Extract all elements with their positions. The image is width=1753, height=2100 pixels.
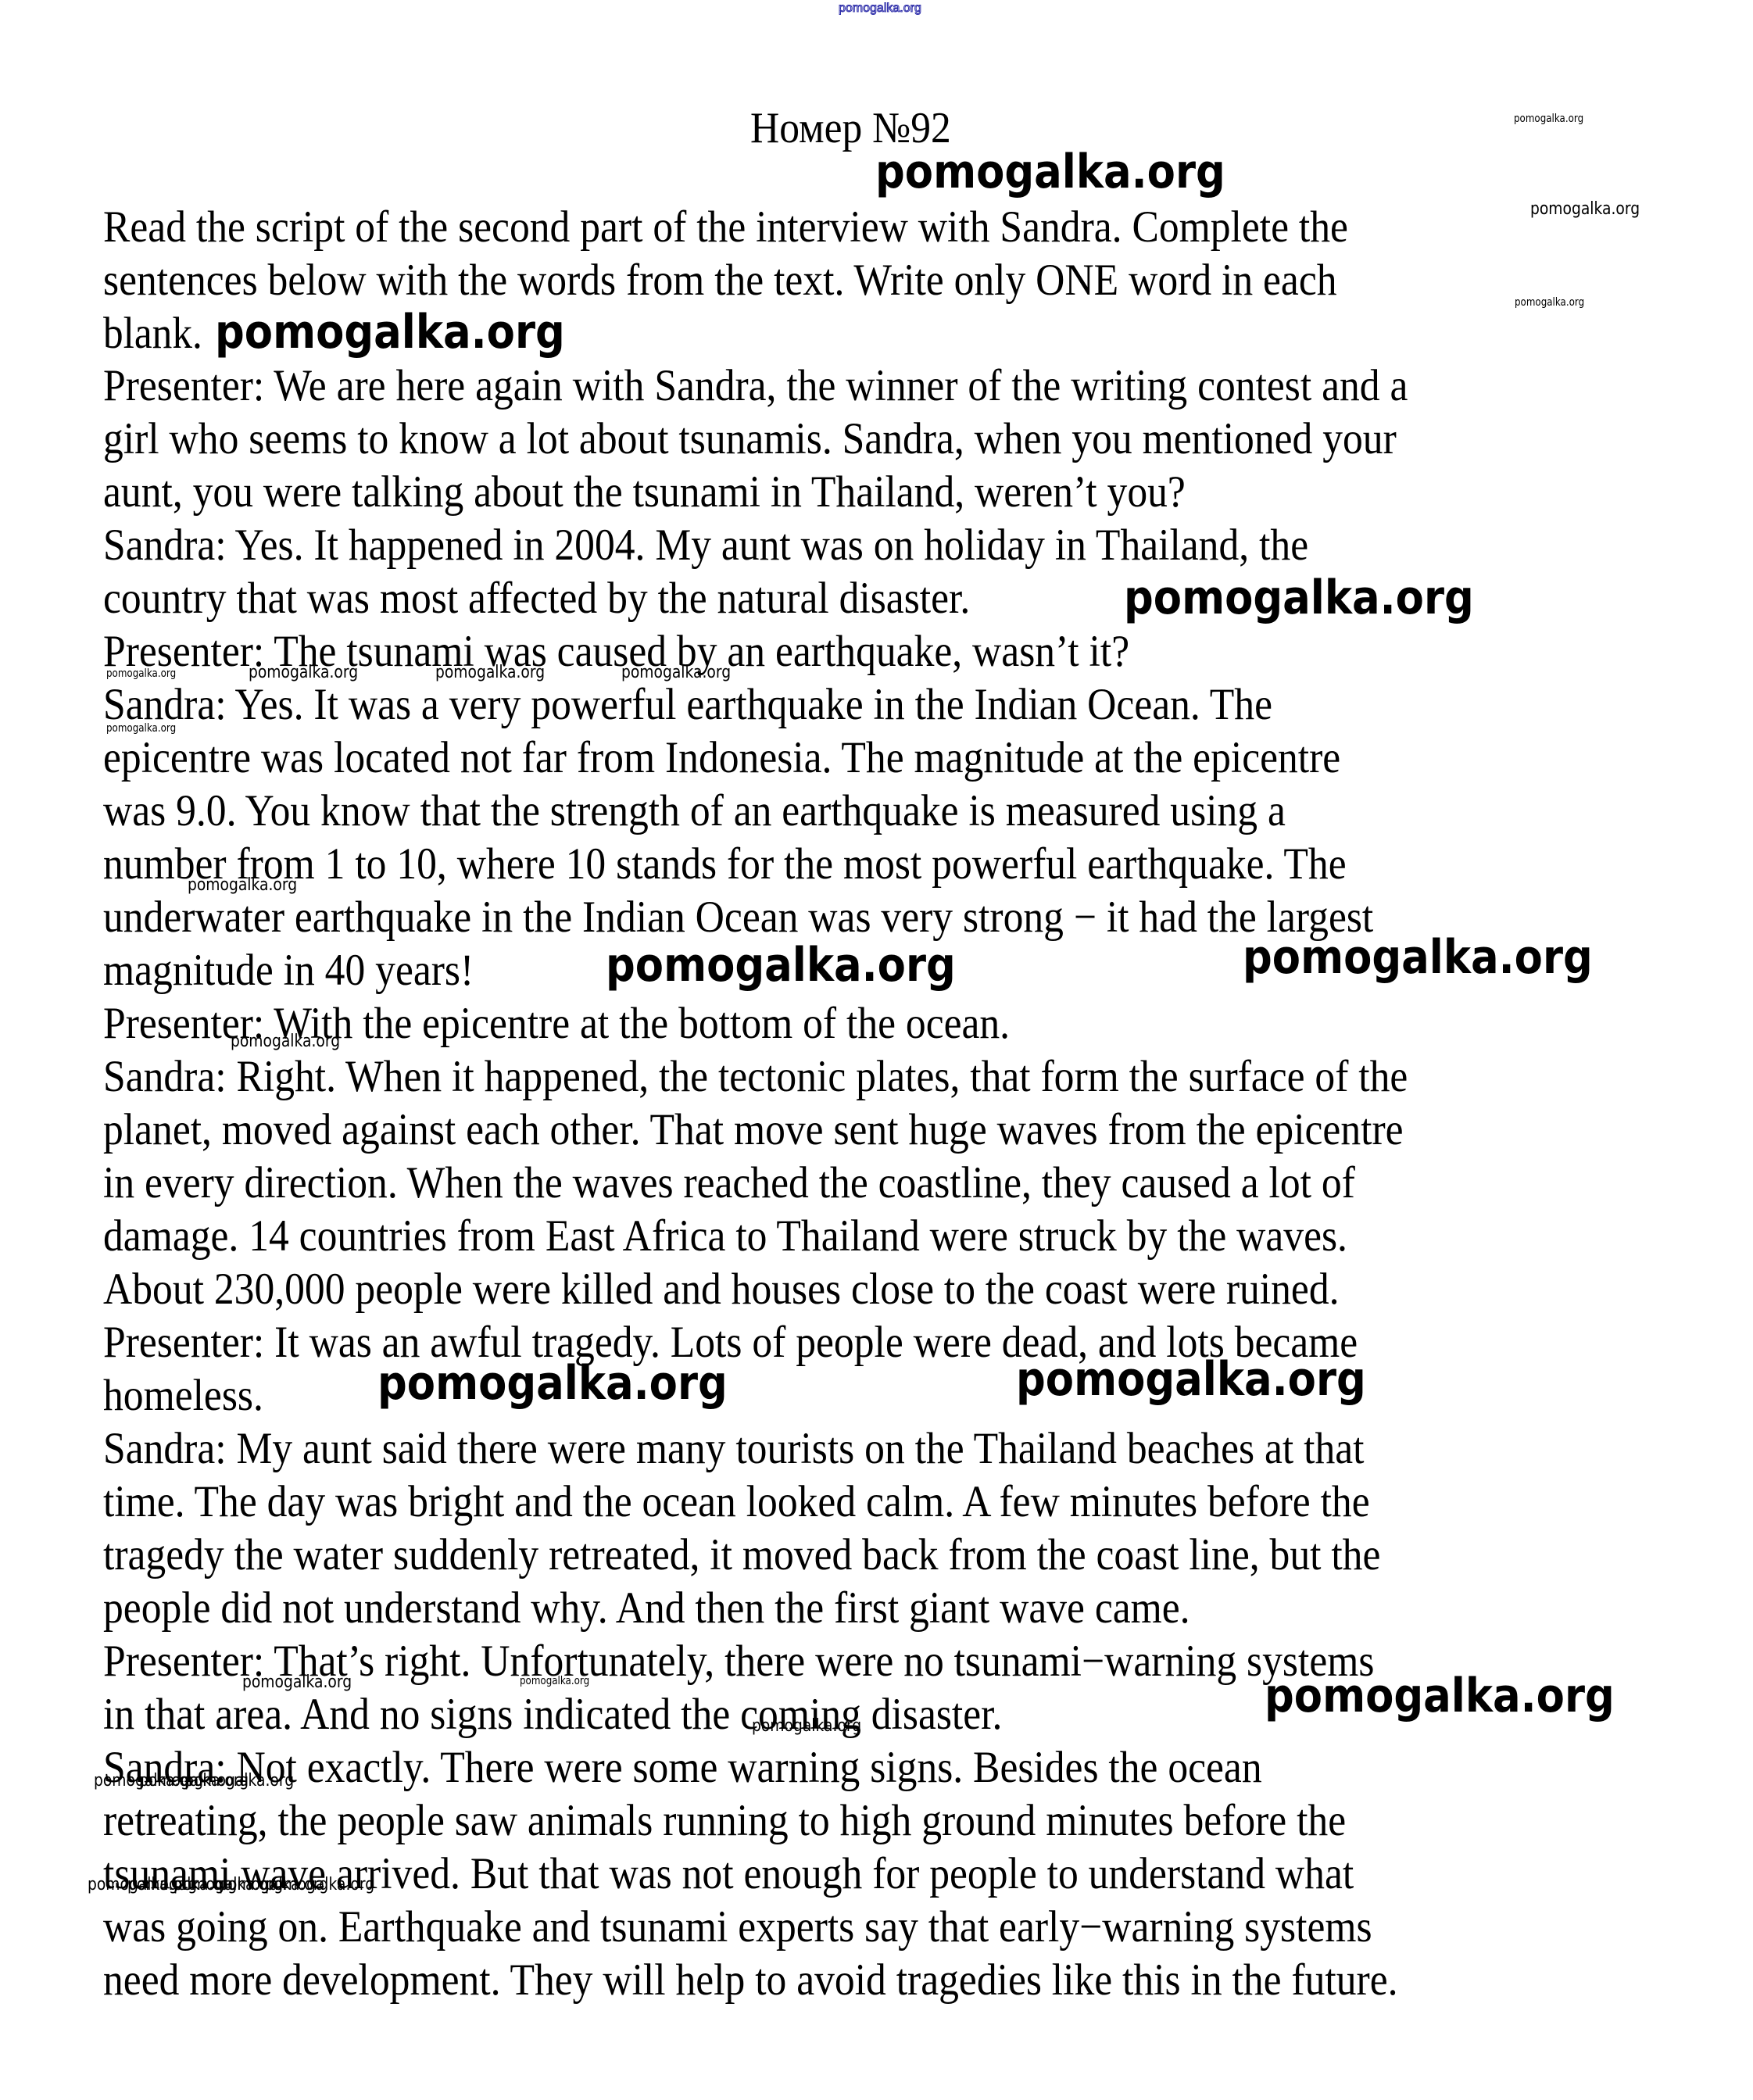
text-line: time. The day was bright and the ocean l…: [103, 1479, 1370, 1524]
watermark: pomogalka.org: [1016, 1356, 1366, 1403]
watermark: pomogalka.org: [215, 309, 565, 356]
text-line: homeless.: [103, 1373, 263, 1418]
watermark: pomogalka.org: [606, 942, 956, 989]
text-line: need more development. They will help to…: [103, 1958, 1397, 2002]
text-line: tragedy the water suddenly retreated, it…: [103, 1533, 1380, 1577]
text-line: Sandra: Yes. It was a very powerful eart…: [103, 682, 1272, 727]
text-line: people did not understand why. And then …: [103, 1586, 1190, 1630]
text-line: aunt, you were talking about the tsunami…: [103, 470, 1186, 514]
watermark: pomogalka.org: [231, 1033, 340, 1050]
watermark: pomogalka.org: [249, 664, 358, 682]
text-line: in every direction. When the waves reach…: [103, 1161, 1355, 1205]
text-line: was going on. Earthquake and tsunami exp…: [103, 1905, 1372, 1949]
text-line: Sandra: Yes. It happened in 2004. My aun…: [103, 523, 1308, 567]
text-line: sentences below with the words from the …: [103, 258, 1337, 302]
watermark: pomogalka.org: [184, 1773, 294, 1790]
text-line: magnitude in 40 years!: [103, 948, 474, 993]
text-line: country that was most affected by the na…: [103, 576, 970, 621]
text-line: Sandra: Right. When it happened, the tec…: [103, 1054, 1408, 1099]
watermark: pomogalka.org: [265, 1876, 374, 1894]
top-watermark: pomogalka.org: [839, 2, 921, 16]
watermark: pomogalka.org: [1530, 201, 1640, 218]
watermark: pomogalka.org: [106, 668, 176, 679]
text-line: underwater earthquake in the Indian Ocea…: [103, 895, 1373, 939]
watermark: pomogalka.org: [752, 1718, 861, 1735]
watermark: pomogalka.org: [188, 877, 297, 894]
text-line: planet, moved against each other. That m…: [103, 1107, 1404, 1152]
text-line: retreating, the people saw animals runni…: [103, 1798, 1346, 1843]
watermark: pomogalka.org: [242, 1674, 352, 1691]
text-line: girl who seems to know a lot about tsuna…: [103, 417, 1397, 461]
watermark: pomogalka.org: [621, 664, 731, 682]
watermark: pomogalka.org: [1514, 113, 1583, 124]
watermark: pomogalka.org: [875, 148, 1225, 195]
text-line: Sandra: My aunt said there were many tou…: [103, 1426, 1364, 1471]
text-line: Read the script of the second part of th…: [103, 205, 1348, 249]
text-line: blank.: [103, 311, 202, 356]
watermark: pomogalka.org: [1265, 1672, 1615, 1719]
watermark: pomogalka.org: [106, 723, 176, 734]
watermark: pomogalka.org: [377, 1360, 728, 1407]
text-line: in that area. And no signs indicated the…: [103, 1692, 1002, 1737]
watermark: pomogalka.org: [435, 664, 545, 682]
watermark: pomogalka.org: [520, 1676, 589, 1687]
text-line: epicentre was located not far from Indon…: [103, 735, 1340, 780]
text-line: Presenter: We are here again with Sandra…: [103, 363, 1408, 408]
watermark: pomogalka.org: [1124, 574, 1474, 621]
text-line: damage. 14 countries from East Africa to…: [103, 1214, 1347, 1258]
text-line: About 230,000 people were killed and hou…: [103, 1267, 1340, 1311]
text-line: was 9.0. You know that the strength of a…: [103, 789, 1286, 833]
watermark: pomogalka.org: [1243, 934, 1593, 981]
watermark: pomogalka.org: [1515, 297, 1584, 308]
